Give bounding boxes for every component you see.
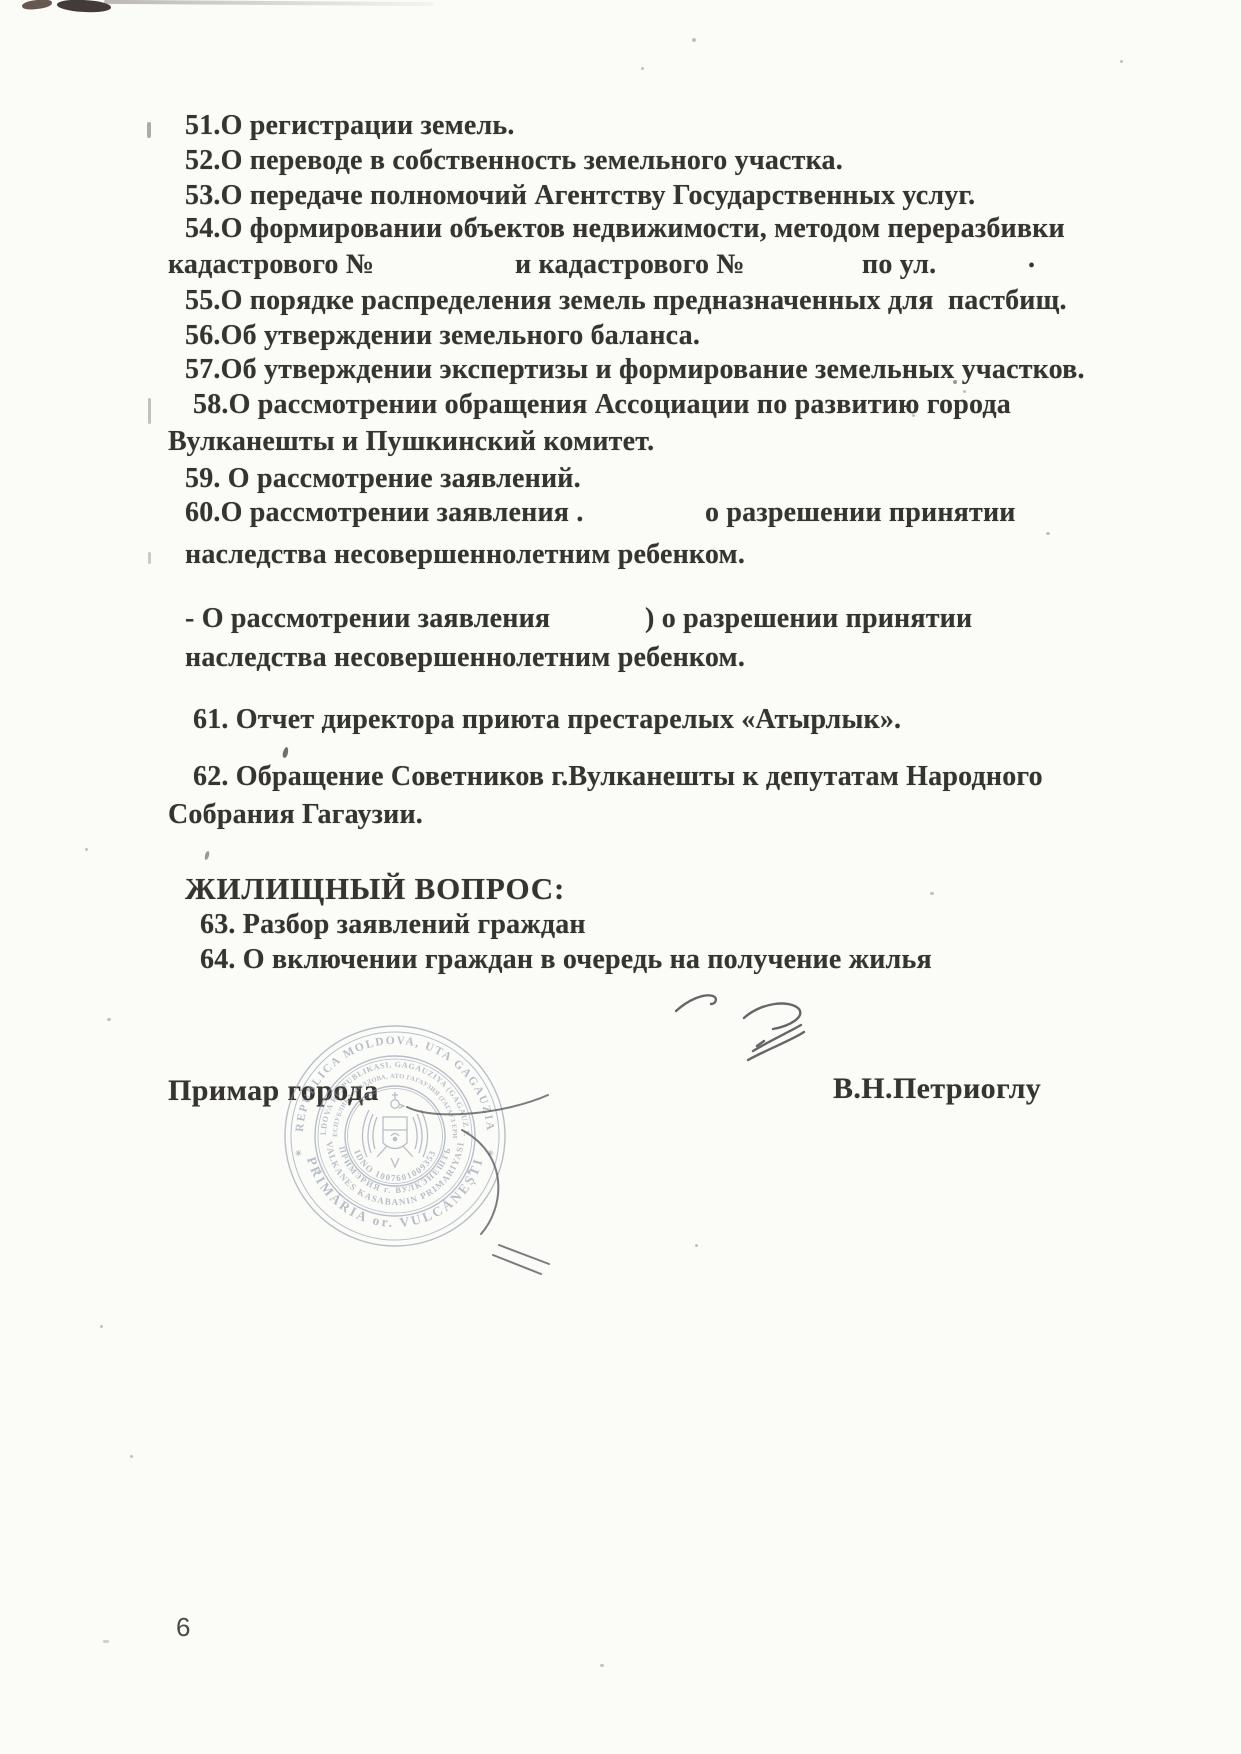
scan-speck	[963, 390, 966, 393]
scan-speck	[103, 1640, 109, 1643]
scan-speck	[107, 1018, 111, 1021]
scan-speck	[1046, 532, 1050, 535]
scan-speck	[695, 1244, 698, 1247]
scan-speck	[641, 67, 644, 70]
scan-speck	[1120, 60, 1123, 63]
page-number: 6	[176, 1612, 190, 1643]
scan-speck	[912, 414, 915, 417]
scan-speck	[930, 892, 934, 895]
scan-speck	[100, 1325, 103, 1328]
handwritten-signature	[0, 0, 1241, 1754]
scan-speck	[600, 1664, 604, 1667]
scan-speck	[85, 848, 88, 851]
scan-speck	[692, 38, 696, 42]
scanned-document-page: { "document": { "items": { "l51": "51.О …	[0, 0, 1241, 1754]
scan-speck	[953, 380, 957, 384]
scan-speck	[130, 1455, 133, 1458]
